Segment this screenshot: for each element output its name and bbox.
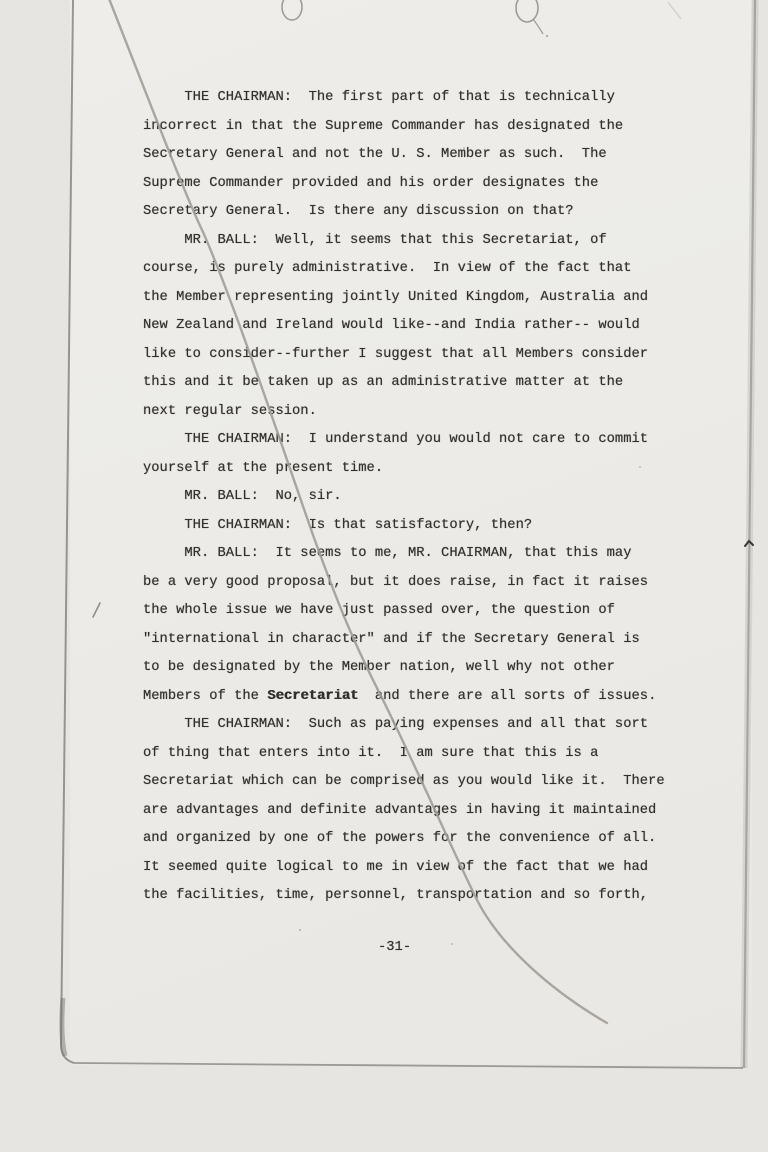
transcript-line: course, is purely administrative. In vie… (143, 255, 665, 284)
transcript-text: yourself at the present time. (143, 461, 383, 476)
transcript-text: of thing that enters into it. I am sure … (143, 746, 598, 761)
transcript-line: MR. BALL: It seems to me, MR. CHAIRMAN, … (143, 540, 665, 569)
transcript-line: incorrect in that the Supreme Commander … (143, 113, 665, 142)
transcript-line: of thing that enters into it. I am sure … (143, 740, 665, 769)
transcript-text: Secretariat which can be comprised as yo… (143, 774, 665, 789)
transcript-text: THE CHAIRMAN: Is that satisfactory, then… (143, 518, 532, 533)
transcript-line: Secretary General and not the U. S. Memb… (143, 141, 665, 170)
transcript-line: It seemed quite logical to me in view of… (143, 854, 665, 883)
transcript-line: MR. BALL: No, sir. (143, 483, 665, 512)
transcript-line: this and it be taken up as an administra… (143, 369, 665, 398)
transcript-line: yourself at the present time. (143, 455, 665, 484)
transcript-text: MR. BALL: It seems to me, MR. CHAIRMAN, … (143, 546, 632, 561)
transcript-text: Members of the (143, 689, 267, 704)
transcript-line: THE CHAIRMAN: Such as paying expenses an… (143, 711, 665, 740)
transcript-text: incorrect in that the Supreme Commander … (143, 119, 623, 134)
transcript-line: next regular session. (143, 398, 665, 427)
transcript-line: the facilities, time, personnel, transpo… (143, 882, 665, 911)
transcript-bold-word: Secretariat (267, 689, 358, 704)
transcript-text: this and it be taken up as an administra… (143, 375, 623, 390)
transcript-text: the Member representing jointly United K… (143, 290, 648, 305)
transcript-text: New Zealand and Ireland would like--and … (143, 318, 640, 333)
transcript-text: THE CHAIRMAN: Such as paying expenses an… (143, 717, 648, 732)
transcript-line: the whole issue we have just passed over… (143, 597, 665, 626)
transcript-text: THE CHAIRMAN: The first part of that is … (143, 90, 615, 105)
transcript-text: the whole issue we have just passed over… (143, 603, 615, 618)
transcript-line: the Member representing jointly United K… (143, 284, 665, 313)
transcript-lines: THE CHAIRMAN: The first part of that is … (143, 84, 665, 911)
page-number: -31- (378, 934, 411, 963)
transcript-line: Members of the Secretariat and there are… (143, 683, 665, 712)
transcript-text: MR. BALL: No, sir. (143, 489, 342, 504)
transcript-line: New Zealand and Ireland would like--and … (143, 312, 665, 341)
transcript-text: course, is purely administrative. In vie… (143, 261, 632, 276)
transcript-text: and there are all sorts of issues. (358, 689, 656, 704)
transcript-line: MR. BALL: Well, it seems that this Secre… (143, 227, 665, 256)
transcript-line: Supreme Commander provided and his order… (143, 170, 665, 199)
transcript-text: and organized by one of the powers for t… (143, 831, 656, 846)
transcript-text: Secretary General. Is there any discussi… (143, 204, 574, 219)
transcript-text: THE CHAIRMAN: I understand you would not… (143, 432, 648, 447)
transcript-text: MR. BALL: Well, it seems that this Secre… (143, 233, 607, 248)
transcript-text: It seemed quite logical to me in view of… (143, 860, 648, 875)
transcript-text: the facilities, time, personnel, transpo… (143, 888, 648, 903)
transcript-line: THE CHAIRMAN: The first part of that is … (143, 84, 665, 113)
transcript-text: be a very good proposal, but it does rai… (143, 575, 648, 590)
transcript-text: "international in character" and if the … (143, 632, 640, 647)
transcript-line: and organized by one of the powers for t… (143, 825, 665, 854)
transcript-line: to be designated by the Member nation, w… (143, 654, 665, 683)
paper-left-edge-shadow (62, 998, 65, 1056)
transcript-text: are advantages and definite advantages i… (143, 803, 656, 818)
transcript-line: be a very good proposal, but it does rai… (143, 569, 665, 598)
transcript-line: THE CHAIRMAN: Is that satisfactory, then… (143, 512, 665, 541)
transcript-line: like to consider--further I suggest that… (143, 341, 665, 370)
transcript-line: Secretariat which can be comprised as yo… (143, 768, 665, 797)
transcript-text: to be designated by the Member nation, w… (143, 660, 615, 675)
transcript-text: Secretary General and not the U. S. Memb… (143, 147, 607, 162)
transcript-text: next regular session. (143, 404, 317, 419)
transcript-line: THE CHAIRMAN: I understand you would not… (143, 426, 665, 455)
transcript-text: Supreme Commander provided and his order… (143, 176, 598, 191)
transcript-text: like to consider--further I suggest that… (143, 347, 648, 362)
transcript-line: "international in character" and if the … (143, 626, 665, 655)
transcript-line: Secretary General. Is there any discussi… (143, 198, 665, 227)
transcript-line: are advantages and definite advantages i… (143, 797, 665, 826)
